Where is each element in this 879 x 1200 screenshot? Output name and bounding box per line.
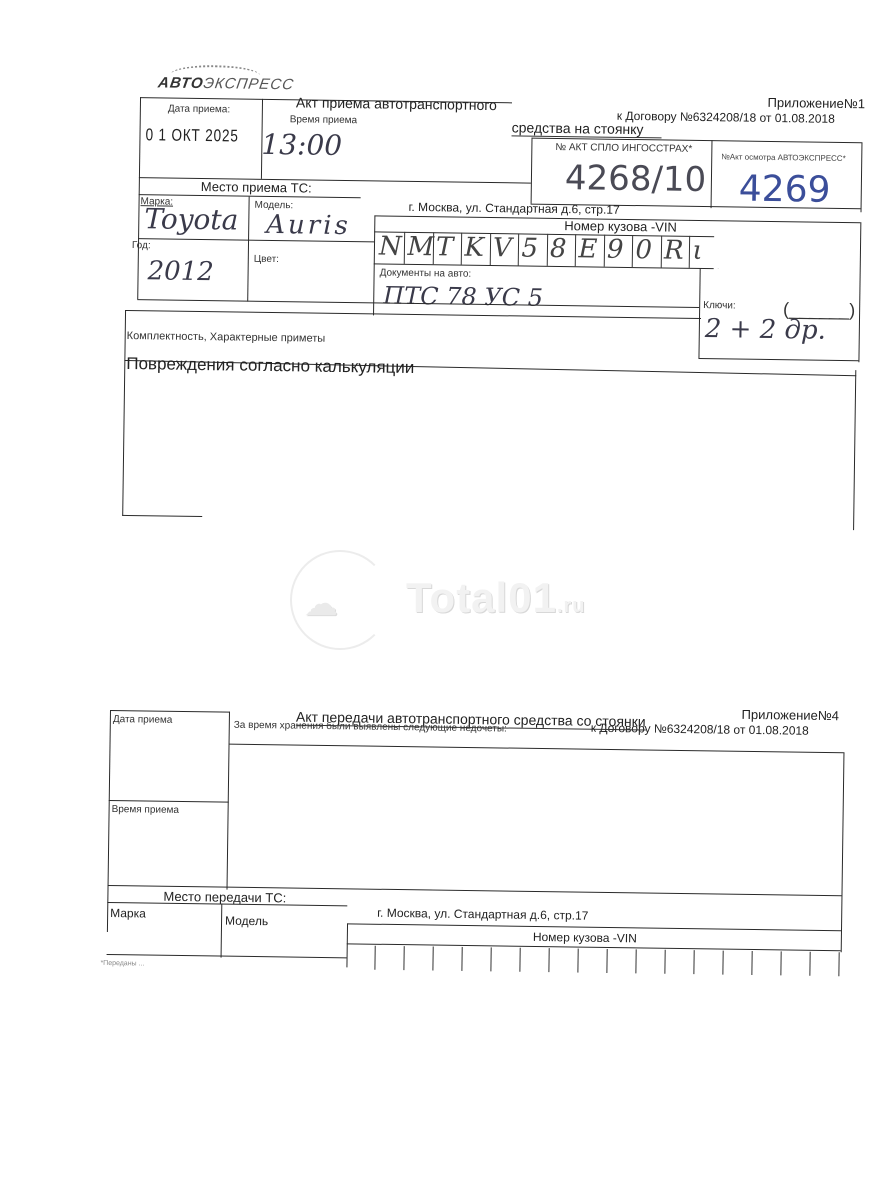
vin-redaction [714, 234, 860, 270]
date-label: Дата приема [113, 714, 173, 726]
vin-empty-cell [491, 947, 520, 971]
vin-empty-cell [723, 951, 752, 975]
place-value: г. Москва, ул. Стандартная д.6, стр.17 [377, 906, 588, 923]
act-splo-value: 4268/10 [565, 158, 707, 200]
model-label: Модель [225, 914, 268, 929]
vin-empty-cell [810, 952, 839, 976]
act-inspection-value: 4269 [739, 169, 831, 211]
act-inspection-label: №Акт осмотра АВТОЭКСПРЕСС* [721, 152, 846, 163]
completeness-value: Повреждения согласно калькуляции [126, 354, 414, 378]
brand-value: Toyota [144, 202, 238, 236]
vin-empty-cell [520, 948, 549, 972]
vin-cell: 5 [518, 233, 547, 265]
vin-empty-cell [607, 949, 636, 973]
vin-cell: 0 [632, 235, 661, 267]
car-cloud-icon: ☁ [304, 584, 338, 624]
handover-act-form: Приложение№4 к Договору №6324208/18 от 0… [0, 678, 879, 1010]
vin-cell: 8 [547, 234, 576, 266]
vin-char: M [407, 232, 434, 262]
act-splo-label: № АКТ СПЛО ИНГОССТРАХ* [555, 142, 692, 155]
form-title: Акт приема автотранспортного [296, 94, 497, 113]
vin-cell: V [490, 233, 519, 265]
vin-char: N [379, 231, 402, 261]
vin-char: 5 [521, 233, 538, 263]
keys-label: Ключи: [703, 300, 736, 311]
footnote: *Переданы ... [100, 960, 144, 968]
keys-value: 2 + 2 др. [705, 314, 826, 346]
vin-char: V [493, 233, 512, 263]
vin-char: 9 [607, 235, 624, 265]
vin-empty-cells [0, 678, 879, 690]
logo-bold-part: АВТО [157, 74, 205, 92]
appendix-number: Приложение№4 [741, 707, 839, 723]
place-value: г. Москва, ул. Стандартная д.6, стр.17 [408, 200, 619, 217]
date-stamp-value: 0 1 ОКТ 2025 [145, 125, 238, 146]
vin-empty-cell [665, 950, 694, 974]
vin-empty-cell [462, 947, 491, 971]
vin-empty-cell [752, 951, 781, 975]
vin-char: K [464, 233, 484, 263]
vin-char: E [578, 234, 597, 264]
vin-empty-cell [578, 949, 607, 973]
vin-cell: K [461, 233, 490, 265]
vin-label: Номер кузова -VIN [564, 218, 677, 235]
vin-empty-cell [346, 945, 375, 969]
vin-empty-cell [781, 951, 810, 975]
year-value: 2012 [147, 256, 214, 287]
model-value: Auris [266, 210, 351, 241]
vin-label: Номер кузова -VIN [533, 930, 637, 945]
documents-value: ПТС 78 УС 5 [383, 282, 543, 312]
vin-char: 8 [550, 234, 567, 264]
time-value: 13:00 [261, 128, 342, 162]
vin-cells: NMTKV58E90Rι [1, 0, 879, 10]
color-label: Цвет: [254, 254, 279, 265]
vin-cell: N [376, 231, 405, 263]
form-title-continued: средства на стоянку [512, 119, 662, 138]
vin-char: 0 [635, 235, 652, 265]
vin-empty-cell [549, 948, 578, 972]
vin-char: T [436, 232, 454, 262]
vin-empty-cell [404, 946, 433, 970]
completeness-label: Комплектность, Характерные приметы [127, 330, 326, 345]
vin-cell: T [433, 232, 462, 264]
brand-label: Марка [110, 906, 146, 920]
date-label: Дата приема: [168, 104, 230, 116]
vin-cell: R [661, 235, 690, 267]
year-label: Год: [132, 240, 151, 251]
vin-empty-cell [433, 947, 462, 971]
documents-label: Документы на авто: [380, 268, 472, 280]
vin-cell: 9 [604, 235, 633, 267]
logo-outline-part: ЭКСПРЕСС [202, 75, 295, 93]
vin-char: ι [692, 236, 703, 266]
appendix-number: Приложение№1 [767, 95, 865, 111]
vin-empty-cell [694, 950, 723, 974]
watermark-brand: Total01 [406, 574, 557, 621]
vin-cell: E [575, 234, 604, 266]
place-label: Место приема ТС: [201, 179, 312, 196]
watermark-suffix: .ru [557, 595, 586, 617]
watermark-text: Total01.ru [406, 574, 586, 622]
vin-char: R [664, 235, 684, 265]
time-label: Время приема [290, 114, 358, 126]
vin-empty-cell [636, 949, 665, 973]
vin-empty-cell [375, 946, 404, 970]
vin-cell: M [404, 232, 433, 264]
autoexpress-stamp-logo: АВТОЭКСПРЕСС [157, 74, 295, 93]
reception-act-form: АВТОЭКСПРЕСС Приложение№1 к Договору №63… [0, 0, 879, 550]
time-label: Время приема [112, 804, 180, 816]
